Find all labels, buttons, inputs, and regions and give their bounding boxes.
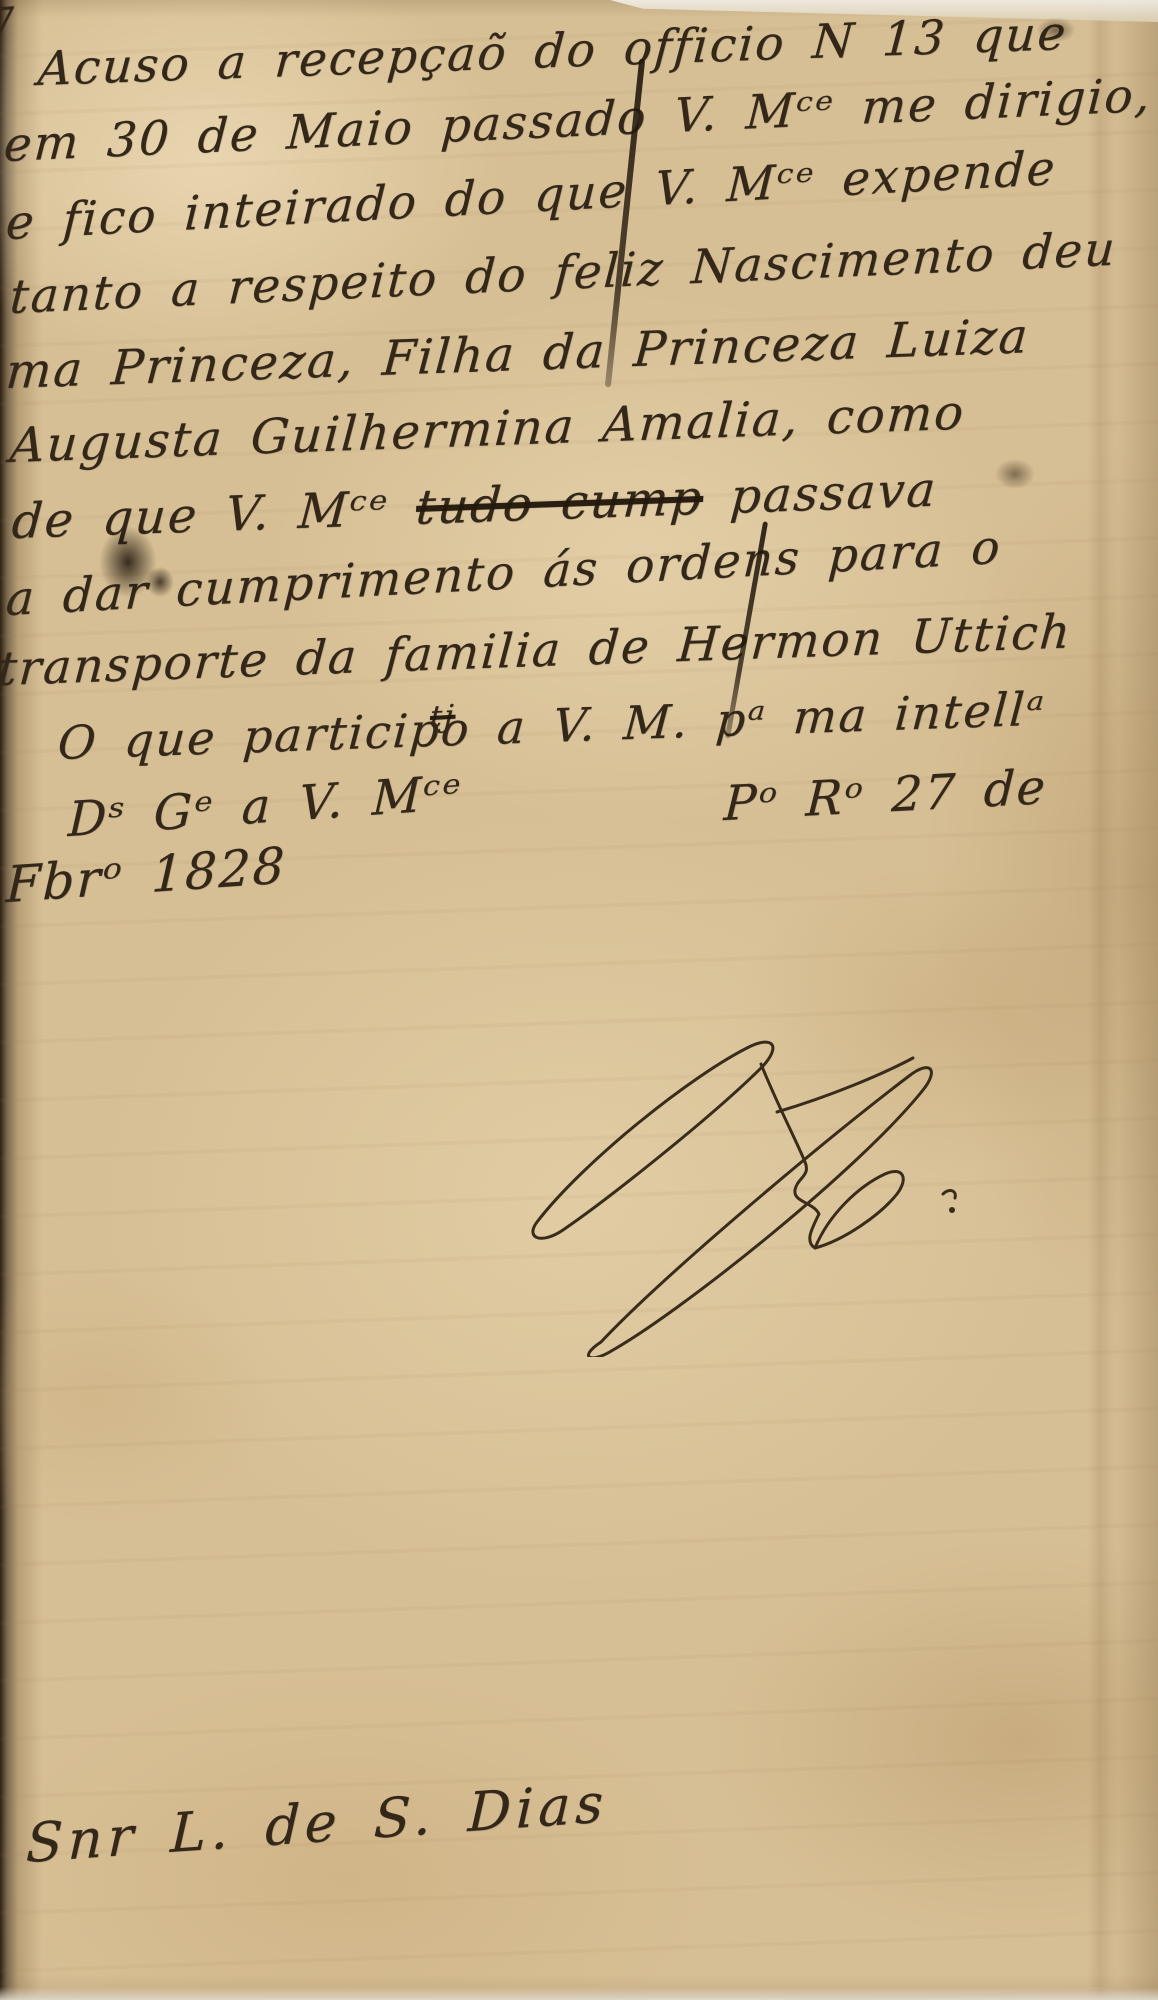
manuscript-line: ma Princeza, Filha da Princeza Luiza [4, 308, 1031, 400]
ink-smudge [986, 452, 1044, 496]
valediction-text: Dˢ Gᵉ a V. Mᶜᵉ [67, 764, 463, 848]
place-date-text: Pᵒ Rᵒ 27 de [723, 759, 1049, 832]
manuscript-page: 7 Acuso a recepçaõ do officio N 13 que e… [0, 0, 1158, 2000]
page-number: 7 [0, 0, 18, 43]
signature-rubric-flourish [515, 1012, 975, 1357]
manuscript-line: Augusta Guilhermina Amalia, como [8, 385, 967, 475]
line-segment: de que V. Mᶜᵉ [10, 480, 418, 550]
line-segment: passava [701, 462, 939, 526]
manuscript-line: O que participo a V. M. pᵃ ma intellᵃ [56, 681, 1047, 770]
addressee-line: Snr L. de S. Dias [25, 1771, 609, 1875]
date-year-text: Fbrᵒ 1828 [5, 836, 287, 914]
page-bottom-edge [0, 1987, 1158, 2000]
strikethrough-text: tudo cump [414, 470, 705, 536]
